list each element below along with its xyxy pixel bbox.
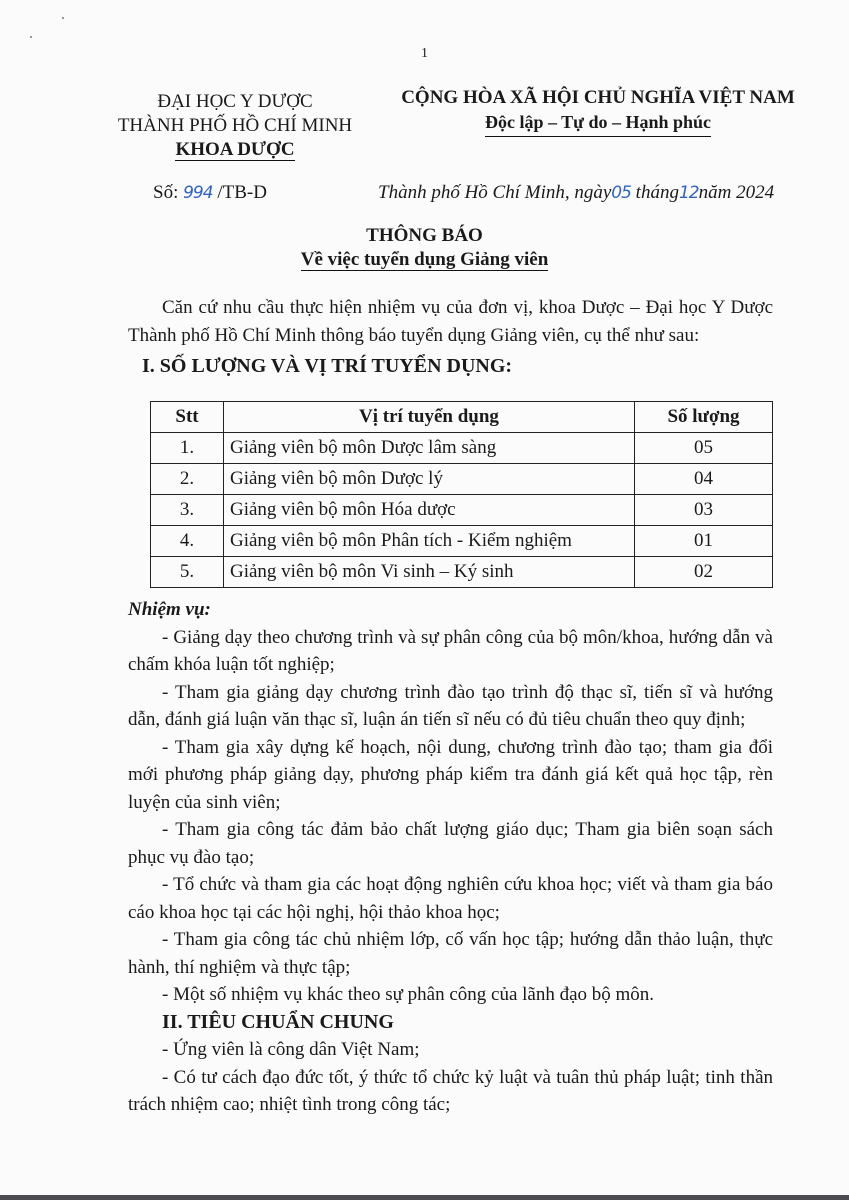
cell-position: Giảng viên bộ môn Dược lâm sàng — [224, 433, 635, 464]
notice-title: THÔNG BÁO Về việc tuyển dụng Giảng viên — [0, 224, 849, 272]
cell-position: Giảng viên bộ môn Vi sinh – Ký sinh — [224, 557, 635, 588]
cell-stt: 1. — [151, 433, 224, 464]
cell-quantity: 02 — [635, 557, 773, 588]
section-2-heading: II. TIÊU CHUẨN CHUNG — [128, 1009, 773, 1037]
faculty-name: KHOA DƯỢC — [175, 139, 294, 161]
duties-heading: Nhiệm vụ: — [128, 596, 773, 624]
national-title: CỘNG HÒA XÃ HỘI CHỦ NGHĨA VIỆT NAM — [372, 86, 824, 110]
handwritten-month: 12 — [679, 183, 699, 203]
document-page: 1 ĐẠI HỌC Y DƯỢC THÀNH PHỐ HỒ CHÍ MINH K… — [0, 0, 849, 1200]
duty-item: - Tham gia công tác chủ nhiệm lớp, cố vấ… — [128, 926, 773, 981]
criteria-item: - Ứng viên là công dân Việt Nam; — [128, 1036, 773, 1064]
cell-position: Giảng viên bộ môn Dược lý — [224, 464, 635, 495]
cell-stt: 4. — [151, 526, 224, 557]
page-number: 1 — [0, 46, 849, 62]
table-row: 3. Giảng viên bộ môn Hóa dược 03 — [151, 495, 773, 526]
cell-stt: 5. — [151, 557, 224, 588]
col-header-position: Vị trí tuyển dụng — [224, 402, 635, 433]
col-header-stt: Stt — [151, 402, 224, 433]
university-name: ĐẠI HỌC Y DƯỢC — [95, 90, 375, 114]
cell-position: Giảng viên bộ môn Phân tích - Kiểm nghiệ… — [224, 526, 635, 557]
positions-table: Stt Vị trí tuyển dụng Số lượng 1. Giảng … — [150, 401, 773, 588]
notice-subtitle: Về việc tuyển dụng Giảng viên — [301, 249, 549, 271]
scan-speck — [62, 17, 64, 19]
city-name: THÀNH PHỐ HỒ CHÍ MINH — [95, 114, 375, 138]
table-row: 2. Giảng viên bộ môn Dược lý 04 — [151, 464, 773, 495]
notice-main-title: THÔNG BÁO — [0, 224, 849, 248]
institution-header: ĐẠI HỌC Y DƯỢC THÀNH PHỐ HỒ CHÍ MINH KHO… — [95, 90, 375, 162]
table-row: 5. Giảng viên bộ môn Vi sinh – Ký sinh 0… — [151, 557, 773, 588]
date-prefix: Thành phố Hồ Chí Minh, ngày — [378, 182, 611, 203]
document-number: Số: 994 /TB-D — [153, 182, 267, 204]
table-row: 4. Giảng viên bộ môn Phân tích - Kiểm ng… — [151, 526, 773, 557]
cell-position: Giảng viên bộ môn Hóa dược — [224, 495, 635, 526]
intro-block: Căn cứ nhu cầu thực hiện nhiệm vụ của đơ… — [128, 294, 773, 381]
table-row: 1. Giảng viên bộ môn Dược lâm sàng 05 — [151, 433, 773, 464]
duties-block: Nhiệm vụ: - Giảng dạy theo chương trình … — [128, 596, 773, 1119]
national-motto: Độc lập – Tự do – Hạnh phúc — [485, 110, 711, 137]
duty-item: - Giảng dạy theo chương trình và sự phân… — [128, 624, 773, 679]
intro-paragraph: Căn cứ nhu cầu thực hiện nhiệm vụ của đơ… — [128, 294, 773, 349]
duty-item: - Tổ chức và tham gia các hoạt động nghi… — [128, 871, 773, 926]
cell-quantity: 04 — [635, 464, 773, 495]
col-header-quantity: Số lượng — [635, 402, 773, 433]
scan-edge — [0, 1195, 849, 1200]
duty-item: - Tham gia giảng dạy chương trình đào tạ… — [128, 679, 773, 734]
cell-quantity: 05 — [635, 433, 773, 464]
table-header-row: Stt Vị trí tuyển dụng Số lượng — [151, 402, 773, 433]
duty-item: - Tham gia xây dựng kế hoạch, nội dung, … — [128, 734, 773, 817]
year-text: năm 2024 — [699, 182, 774, 203]
handwritten-day: 05 — [611, 183, 631, 203]
duty-item: - Tham gia công tác đảm bảo chất lượng g… — [128, 816, 773, 871]
document-number-prefix: Số: — [153, 182, 178, 203]
handwritten-number: 994 — [183, 183, 212, 203]
duty-item: - Một số nhiệm vụ khác theo sự phân công… — [128, 981, 773, 1009]
cell-quantity: 01 — [635, 526, 773, 557]
cell-stt: 2. — [151, 464, 224, 495]
national-header: CỘNG HÒA XÃ HỘI CHỦ NGHĨA VIỆT NAM Độc l… — [372, 86, 824, 137]
date-line: Thành phố Hồ Chí Minh, ngày05 tháng12năm… — [378, 182, 774, 204]
section-1-heading: I. SỐ LƯỢNG VÀ VỊ TRÍ TUYỂN DỤNG: — [128, 353, 773, 381]
cell-stt: 3. — [151, 495, 224, 526]
document-number-suffix: /TB-D — [217, 182, 267, 203]
cell-quantity: 03 — [635, 495, 773, 526]
criteria-item: - Có tư cách đạo đức tốt, ý thức tổ chức… — [128, 1064, 773, 1119]
month-label: tháng — [636, 182, 679, 203]
scan-speck — [30, 36, 32, 38]
